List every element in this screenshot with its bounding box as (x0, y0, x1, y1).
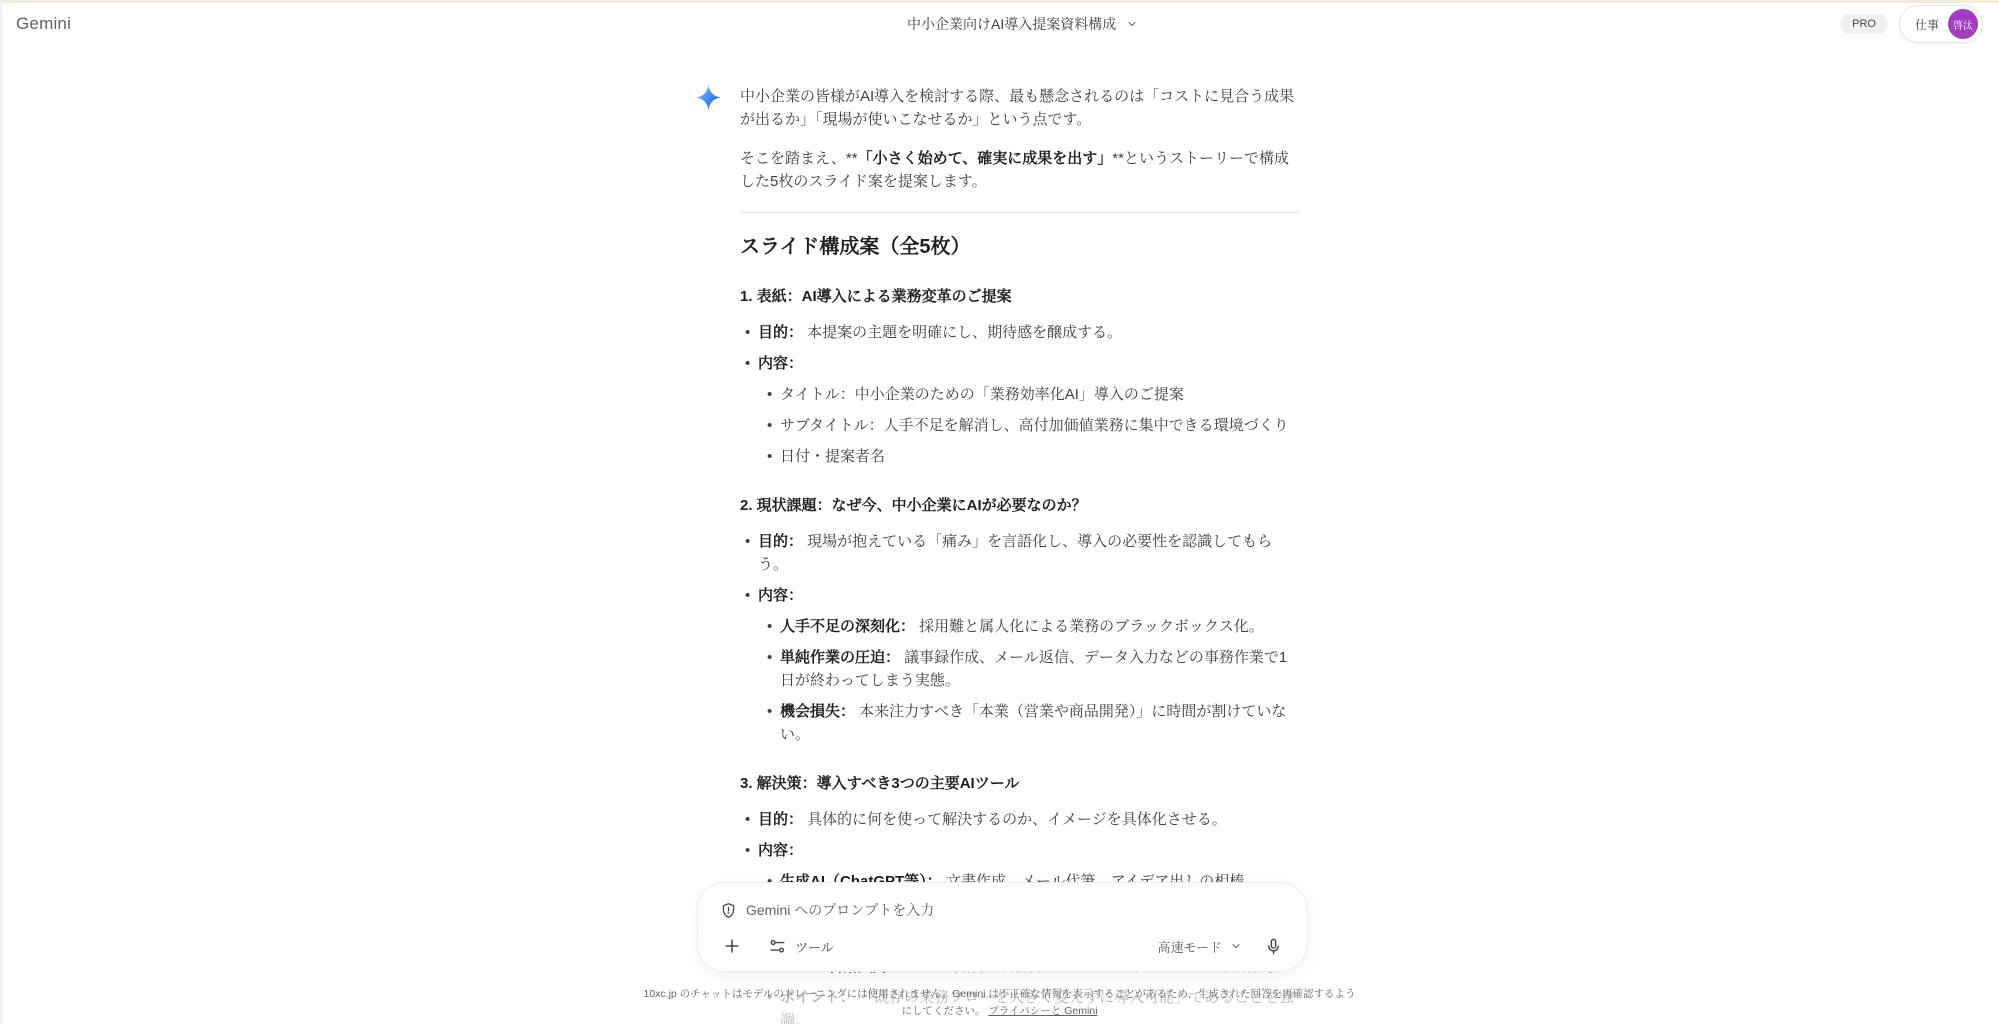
list-item: 日付・提案者名 (780, 445, 1300, 468)
slide-section-2: 2. 現状課題：なぜ今、中小企業にAIが必要なのか？ 目的： 現場が抱えている「… (740, 495, 1300, 746)
composer: Gemini へのプロンプトを入力 ツール 高速モード (697, 882, 1308, 972)
list-item: 単純作業の圧迫： 議事録作成、メール返信、データ入力などの事務作業で1日が終わっ… (780, 646, 1300, 692)
list-item: タイトル：中小企業のための「業務効率化AI」導入のご提案 (780, 383, 1300, 406)
pro-badge: PRO (1841, 14, 1887, 34)
account-pill[interactable]: 仕事 啓汰 (1899, 5, 1983, 43)
list-item: 機会損失： 本来注力すべき「本業（営業や商品開発）」に時間が割けていない。 (780, 700, 1300, 746)
purpose-item: 目的： 現場が抱えている「痛み」を言語化し、導入の必要性を認識してもらう。 (758, 530, 1300, 576)
slide-1-bullets: 目的： 本提案の主題を明確にし、期待感を醸成する。 内容： タイトル：中小企業の… (740, 321, 1300, 468)
list-item: 人手不足の深刻化： 採用難と属人化による業務のブラックボックス化。 (780, 615, 1300, 638)
prompt-input[interactable]: Gemini へのプロンプトを入力 ツール 高速モード (697, 882, 1308, 972)
slide-1-heading: 1. 表紙：AI導入による業務変革のご提案 (740, 286, 1300, 308)
conversation-title-menu[interactable]: 中小企業向けAI導入提案資料構成 (907, 0, 1138, 48)
chevron-down-icon (1126, 18, 1138, 30)
shield-icon (720, 902, 737, 919)
conversation-title: 中小企業向けAI導入提案資料構成 (907, 14, 1116, 34)
disclaimer: 10xc.jp のチャットはモデルのトレーニングには使用されません。Gemini… (0, 986, 1999, 1020)
header-right: PRO 仕事 啓汰 (1841, 5, 1983, 43)
gemini-sparkle-icon (696, 85, 721, 110)
gemini-logo: Gemini (16, 14, 71, 34)
prompt-placeholder: Gemini へのプロンプトを入力 (746, 900, 934, 920)
slide-2-sub-bullets: 人手不足の深刻化： 採用難と属人化による業務のブラックボックス化。 単純作業の圧… (758, 615, 1300, 746)
section-heading: スライド構成案（全5枚） (740, 236, 1300, 259)
disclaimer-line-2: にしてください。 プライバシーと Gemini (0, 1003, 1999, 1020)
slide-2-heading: 2. 現状課題：なぜ今、中小企業にAIが必要なのか？ (740, 495, 1300, 517)
add-attachment-button[interactable] (718, 932, 746, 960)
content-item: 内容： タイトル：中小企業のための「業務効率化AI」導入のご提案 サブタイトル：… (758, 352, 1300, 468)
window-top-edge (0, 0, 1999, 3)
tools-button[interactable]: ツール (764, 933, 838, 960)
chevron-down-icon (1230, 940, 1242, 952)
tools-label: ツール (795, 937, 834, 956)
slide-2-bullets: 目的： 現場が抱えている「痛み」を言語化し、導入の必要性を認識してもらう。 内容… (740, 530, 1300, 746)
top-bar: Gemini 中小企業向けAI導入提案資料構成 PRO 仕事 啓汰 (0, 0, 1999, 48)
purpose-item: 目的： 具体的に何を使って解決するのか、イメージを具体化させる。 (758, 808, 1300, 831)
mode-selector[interactable]: 高速モード (1154, 933, 1246, 960)
mode-label: 高速モード (1158, 937, 1222, 956)
microphone-icon (1264, 937, 1283, 956)
workspace-label: 仕事 (1915, 16, 1939, 33)
prompt-placeholder-row: Gemini へのプロンプトを入力 (698, 883, 1307, 920)
avatar[interactable]: 啓汰 (1948, 9, 1978, 39)
model-response: 中小企業の皆様がAI導入を検討する際、最も懸念されるのは「コストに見合う成果が出… (740, 48, 1300, 1024)
mic-button[interactable] (1260, 933, 1287, 960)
divider (740, 212, 1300, 213)
sliders-icon (768, 937, 787, 956)
composer-toolbar: ツール 高速モード (698, 932, 1307, 960)
slide-3-heading: 3. 解決策：導入すべき3つの主要AIツール (740, 773, 1300, 795)
disclaimer-line-1: 10xc.jp のチャットはモデルのトレーニングには使用されません。Gemini… (0, 986, 1999, 1003)
paragraph-2: そこを踏まえ、**「小さく始めて、確実に成果を出す」**というストーリーで構成し… (740, 147, 1300, 193)
slide-1-sub-bullets: タイトル：中小企業のための「業務効率化AI」導入のご提案 サブタイトル：人手不足… (758, 383, 1300, 468)
plus-icon (722, 936, 742, 956)
purpose-item: 目的： 本提案の主題を明確にし、期待感を醸成する。 (758, 321, 1300, 344)
paragraph-1: 中小企業の皆様がAI導入を検討する際、最も懸念されるのは「コストに見合う成果が出… (740, 85, 1300, 131)
conversation-area: 中小企業の皆様がAI導入を検討する際、最も懸念されるのは「コストに見合う成果が出… (0, 48, 1999, 1024)
list-item: サブタイトル：人手不足を解消し、高付加価値業務に集中できる環境づくり (780, 414, 1300, 437)
content-item: 内容： 人手不足の深刻化： 採用難と属人化による業務のブラックボックス化。 単純… (758, 584, 1300, 746)
privacy-link[interactable]: プライバシーと Gemini (988, 1005, 1097, 1017)
slide-section-1: 1. 表紙：AI導入による業務変革のご提案 目的： 本提案の主題を明確にし、期待… (740, 286, 1300, 468)
window-left-edge (0, 0, 2, 1024)
